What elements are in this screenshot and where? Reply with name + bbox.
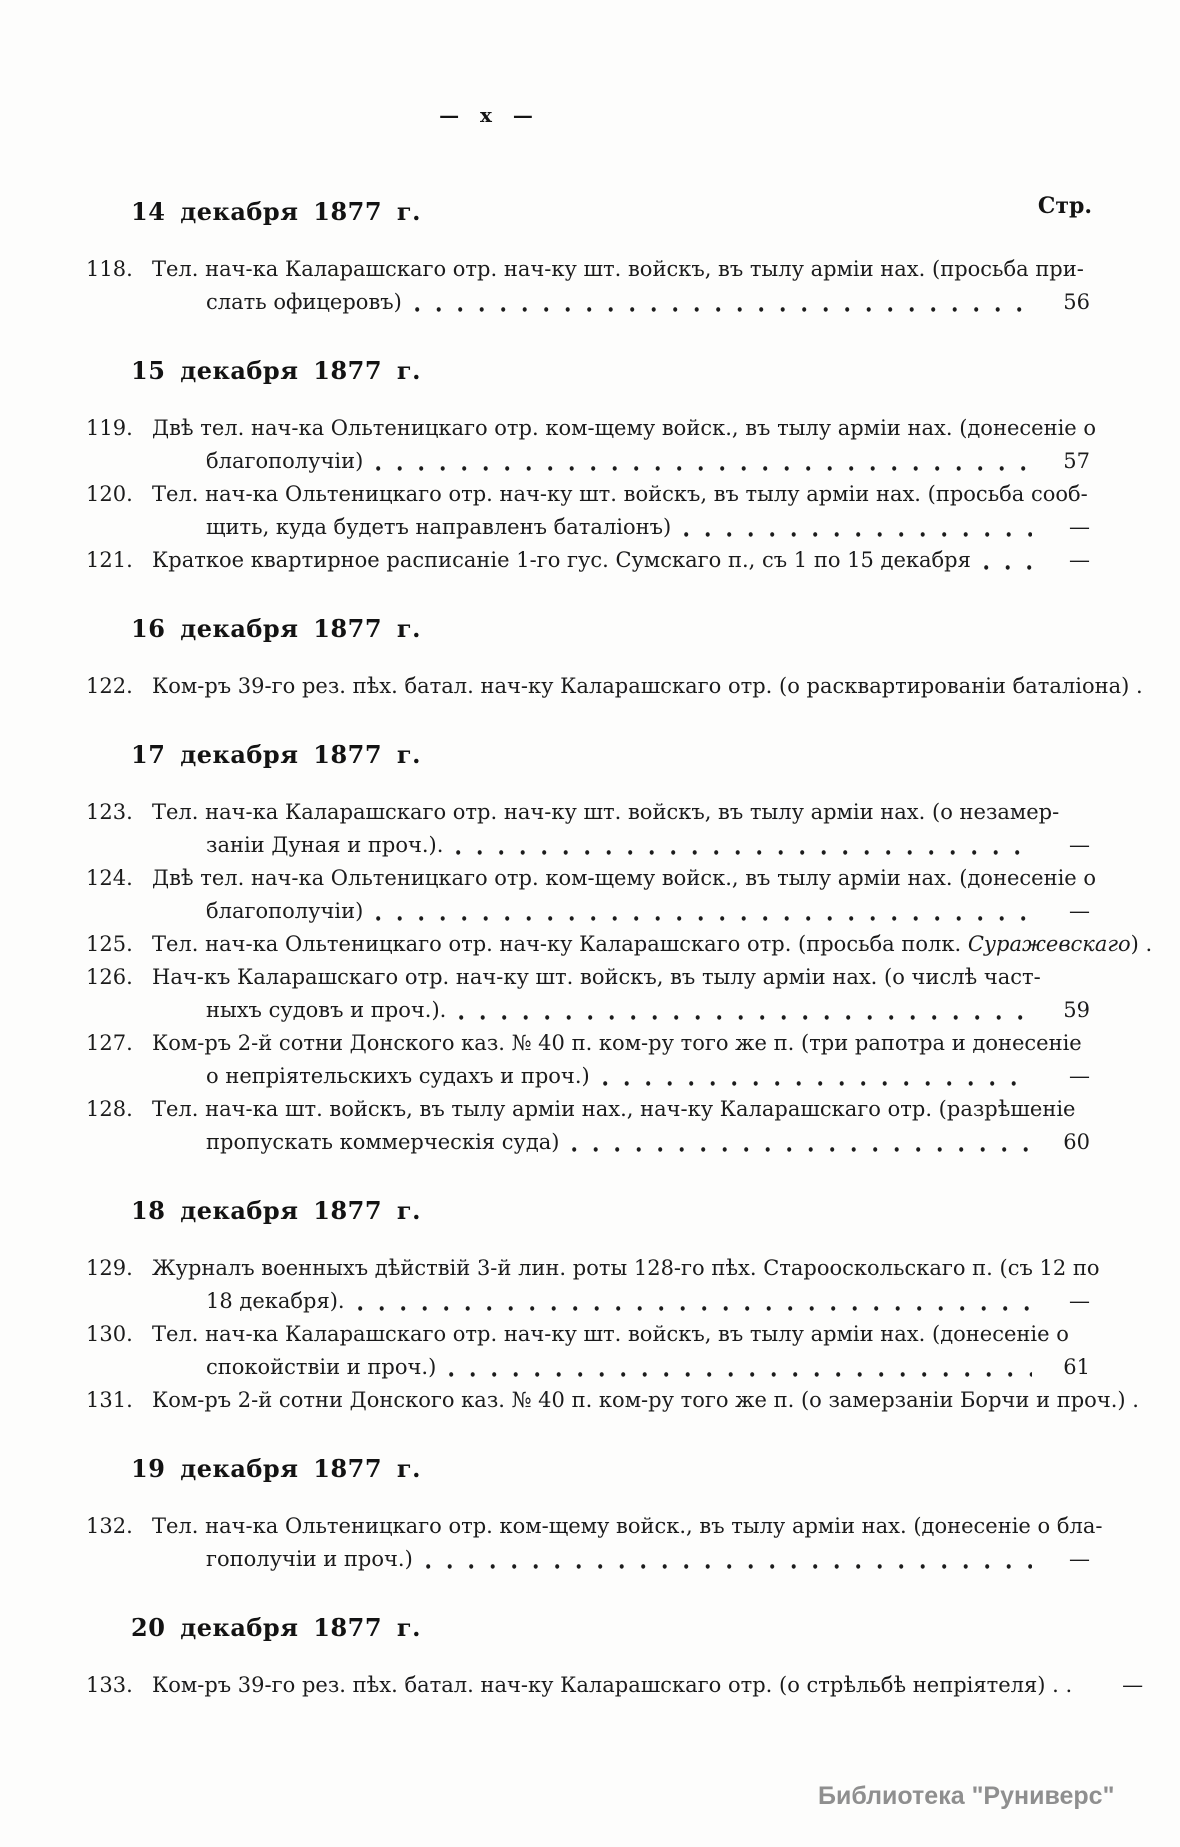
entry-page-number: 59 [1044, 994, 1090, 1027]
dot-leader [376, 445, 1032, 478]
runivers-watermark: Библиотека "Руниверс" [818, 1782, 1114, 1811]
entry-last-line: гополучіи и проч.)— [152, 1543, 1090, 1576]
entry-last-line: Краткое квартирное расписаніе 1-го гус. … [152, 544, 1090, 577]
entry-text-line: Тел. нач-ка Ольтеницкаго отр. ком-щему в… [152, 1510, 1090, 1543]
dot-leader [415, 286, 1032, 319]
entry-last-line: Тел. нач-ка Ольтеницкаго отр. нач-ку Кал… [152, 928, 1090, 961]
date-heading: 16 декабря 1877 г. [131, 612, 1180, 645]
dot-leader [376, 895, 1032, 928]
date-heading: 17 декабря 1877 г. [131, 738, 1180, 771]
entry-page-number: — [1044, 1060, 1090, 1093]
entry-number: 124. [86, 862, 146, 895]
entry-page-number: — [1044, 1285, 1090, 1318]
entry-text-line: Нач-къ Каларашскаго отр. нач-ку шт. войс… [152, 961, 1090, 994]
entry-number: 119. [86, 412, 146, 445]
entry-number: 132. [86, 1510, 146, 1543]
table-of-contents: 14 декабря 1877 г.118.Тел. нач-ка Калара… [0, 195, 1180, 1702]
dot-leader [984, 544, 1032, 577]
toc-entry: 124.Двѣ тел. нач-ка Ольтеницкаго отр. ко… [0, 862, 1180, 928]
entry-number: 125. [86, 928, 146, 961]
entry-text-line: слать офицеровъ) [206, 286, 402, 319]
entry-page-number: — [1044, 511, 1090, 544]
entry-last-line: Ком-ръ 39-го рез. пѣх. батал. нач-ку Кал… [152, 1669, 1090, 1702]
date-heading: 15 декабря 1877 г. [131, 354, 1180, 387]
entry-number: 129. [86, 1252, 146, 1285]
entry-text-line: заніи Дуная и проч.). [206, 829, 443, 862]
dot-leader [426, 1543, 1032, 1576]
entry-page-number: — [1044, 829, 1090, 862]
entry-text-line: Тел. нач-ка Каларашскаго отр. нач-ку шт.… [152, 253, 1090, 286]
entry-last-line: Ком-ръ 39-го рез. пѣх. батал. нач-ку Кал… [152, 670, 1090, 703]
dot-leader [358, 1285, 1032, 1318]
toc-section: 19 декабря 1877 г.132.Тел. нач-ка Ольтен… [0, 1452, 1180, 1576]
entry-text-line: благополучіи) [206, 445, 363, 478]
entry-page-number: 57 [1044, 445, 1090, 478]
entry-number: 118. [86, 253, 146, 286]
dot-leader [456, 829, 1032, 862]
entry-last-line: благополучіи)57 [152, 445, 1090, 478]
entry-number: 131. [86, 1384, 146, 1417]
entry-page-number: — [1044, 544, 1090, 577]
entry-page-number: — [1044, 895, 1090, 928]
toc-entry: 120.Тел. нач-ка Ольтеницкаго отр. нач-ку… [0, 478, 1180, 544]
toc-entry: 126.Нач-къ Каларашскаго отр. нач-ку шт. … [0, 961, 1180, 1027]
entry-text-line: Тел. нач-ка Каларашскаго отр. нач-ку шт.… [152, 796, 1090, 829]
entry-text-line: о непріятельскихъ судахъ и проч.) [206, 1060, 590, 1093]
entry-text-line: Тел. нач-ка Ольтеницкаго отр. нач-ку шт.… [152, 478, 1090, 511]
toc-section: 14 декабря 1877 г.118.Тел. нач-ка Калара… [0, 195, 1180, 319]
scanned-page: — x — Стр. 14 декабря 1877 г.118.Тел. на… [0, 0, 1180, 1847]
toc-entry: 121.Краткое квартирное расписаніе 1-го г… [0, 544, 1180, 577]
entry-last-line: благополучіи)— [152, 895, 1090, 928]
dot-leader [684, 511, 1032, 544]
entry-number: 128. [86, 1093, 146, 1126]
entry-text-line: Двѣ тел. нач-ка Ольтеницкаго отр. ком-ще… [152, 862, 1090, 895]
entry-number: 121. [86, 544, 146, 577]
entry-number: 123. [86, 796, 146, 829]
entry-page-number: — [1044, 1543, 1090, 1576]
dot-leader [459, 994, 1032, 1027]
entry-text-line: гополучіи и проч.) [206, 1543, 413, 1576]
entry-last-line: спокойствіи и проч.)61 [152, 1351, 1090, 1384]
toc-entry: 130.Тел. нач-ка Каларашскаго отр. нач-ку… [0, 1318, 1180, 1384]
toc-entry: 129.Журналъ военныхъ дѣйствій 3-й лин. р… [0, 1252, 1180, 1318]
entry-number: 133. [86, 1669, 146, 1702]
entry-number: 120. [86, 478, 146, 511]
entry-last-line: пропускать коммерческія суда)60 [152, 1126, 1090, 1159]
entry-page-number: 58 [1168, 670, 1180, 703]
toc-section: 17 декабря 1877 г.123.Тел. нач-ка Калара… [0, 738, 1180, 1159]
entry-number: 126. [86, 961, 146, 994]
toc-entry: 119.Двѣ тел. нач-ка Ольтеницкаго отр. ко… [0, 412, 1180, 478]
toc-entry: 122.Ком-ръ 39-го рез. пѣх. батал. нач-ку… [0, 670, 1180, 703]
toc-entry: 132.Тел. нач-ка Ольтеницкаго отр. ком-ще… [0, 1510, 1180, 1576]
entry-number: 122. [86, 670, 146, 703]
entry-text-line: Двѣ тел. нач-ка Ольтеницкаго отр. ком-ще… [152, 412, 1090, 445]
toc-section: 18 декабря 1877 г.129.Журналъ военныхъ д… [0, 1194, 1180, 1417]
entry-text-line: 18 декабря). [206, 1285, 345, 1318]
date-heading: 20 декабря 1877 г. [131, 1611, 1180, 1644]
entry-text-line: Тел. нач-ка шт. войскъ, въ тылу арміи на… [152, 1093, 1090, 1126]
date-heading: 19 декабря 1877 г. [131, 1452, 1180, 1485]
entry-text-line: Тел. нач-ка Каларашскаго отр. нач-ку шт.… [152, 1318, 1090, 1351]
entry-text-line: Ком-ръ 2-й сотни Донского каз. № 40 п. к… [152, 1384, 1139, 1417]
entry-last-line: щить, куда будетъ направленъ баталіонъ)— [152, 511, 1090, 544]
toc-entry: 127.Ком-ръ 2-й сотни Донского каз. № 40 … [0, 1027, 1180, 1093]
entry-page-number: 56 [1044, 286, 1090, 319]
entry-text-line: благополучіи) [206, 895, 363, 928]
toc-section: 16 декабря 1877 г.122.Ком-ръ 39-го рез. … [0, 612, 1180, 703]
toc-entry: 133.Ком-ръ 39-го рез. пѣх. батал. нач-ку… [0, 1669, 1180, 1702]
toc-entry: 131.Ком-ръ 2-й сотни Донского каз. № 40 … [0, 1384, 1180, 1417]
entry-text-line: Журналъ военныхъ дѣйствій 3-й лин. роты … [152, 1252, 1090, 1285]
toc-entry: 118.Тел. нач-ка Каларашскаго отр. нач-ку… [0, 253, 1180, 319]
dot-leader [449, 1351, 1032, 1384]
entry-number: 127. [86, 1027, 146, 1060]
entry-last-line: ныхъ судовъ и проч.).59 [152, 994, 1090, 1027]
page-roman-numeral: — x — [427, 103, 547, 127]
entry-text-line: ныхъ судовъ и проч.). [206, 994, 446, 1027]
entry-last-line: о непріятельскихъ судахъ и проч.)— [152, 1060, 1090, 1093]
entry-last-line: Ком-ръ 2-й сотни Донского каз. № 40 п. к… [152, 1384, 1090, 1417]
entry-text-line: Ком-ръ 2-й сотни Донского каз. № 40 п. к… [152, 1027, 1090, 1060]
date-heading: 18 декабря 1877 г. [131, 1194, 1180, 1227]
entry-text-line: спокойствіи и проч.) [206, 1351, 436, 1384]
toc-entry: 128.Тел. нач-ка шт. войскъ, въ тылу армі… [0, 1093, 1180, 1159]
dot-leader [603, 1060, 1032, 1093]
toc-section: 20 декабря 1877 г.133.Ком-ръ 39-го рез. … [0, 1611, 1180, 1702]
entry-text-line: Ком-ръ 39-го рез. пѣх. батал. нач-ку Кал… [152, 1669, 1072, 1702]
date-heading: 14 декабря 1877 г. [131, 195, 1180, 228]
entry-text-line: Ком-ръ 39-го рез. пѣх. батал. нач-ку Кал… [152, 670, 1143, 703]
toc-section: 15 декабря 1877 г.119.Двѣ тел. нач-ка Ол… [0, 354, 1180, 577]
entry-page-number: 61 [1044, 1351, 1090, 1384]
entry-text-line: пропускать коммерческія суда) [206, 1126, 559, 1159]
toc-entry: 123.Тел. нач-ка Каларашскаго отр. нач-ку… [0, 796, 1180, 862]
entry-page-number: — [1164, 1384, 1180, 1417]
entry-page-number: — [1097, 1669, 1143, 1702]
dot-leader [572, 1126, 1032, 1159]
entry-last-line: 18 декабря).— [152, 1285, 1090, 1318]
entry-last-line: заніи Дуная и проч.).— [152, 829, 1090, 862]
toc-entry: 125.Тел. нач-ка Ольтеницкаго отр. нач-ку… [0, 928, 1180, 961]
entry-last-line: слать офицеровъ)56 [152, 286, 1090, 319]
entry-number: 130. [86, 1318, 146, 1351]
entry-text-line: Тел. нач-ка Ольтеницкаго отр. нач-ку Кал… [152, 928, 1152, 961]
entry-text-line: щить, куда будетъ направленъ баталіонъ) [206, 511, 671, 544]
entry-page-number: 60 [1044, 1126, 1090, 1159]
entry-text-line: Краткое квартирное расписаніе 1-го гус. … [152, 544, 971, 577]
